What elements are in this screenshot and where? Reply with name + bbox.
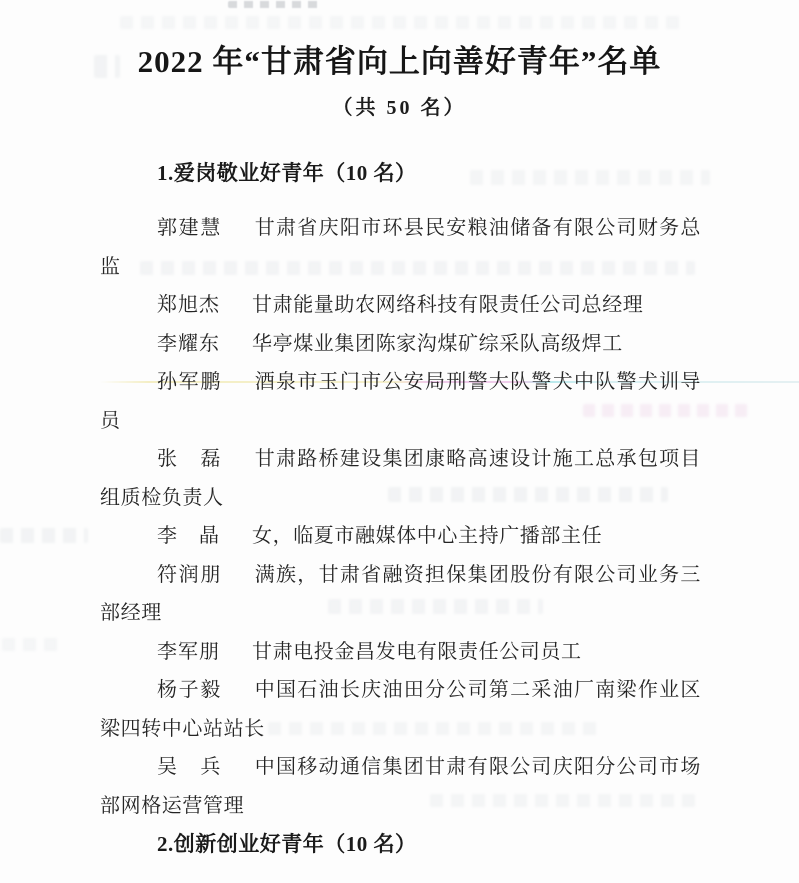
person-name: 李 晶 xyxy=(157,525,220,547)
entry-line: 吴 兵中国移动通信集团甘肃有限公司庆阳分公司市场 xyxy=(100,748,701,787)
entry-line-continuation: 组质检负责人 xyxy=(100,479,701,518)
person-name: 李军朋 xyxy=(157,641,220,663)
bleed-through-artifact xyxy=(2,638,62,651)
person-role: 中国移动通信集团甘肃有限公司庆阳分公司市场 xyxy=(254,756,701,778)
person-role: 中国石油长庆油田分公司第二采油厂南梁作业区 xyxy=(254,679,701,701)
entry-line-continuation: 监 xyxy=(100,248,701,287)
person-name: 符润朋 xyxy=(157,564,222,586)
entry-line: 张 磊甘肃路桥建设集团康略高速设计施工总承包项目 xyxy=(100,440,701,479)
entry-line: 孙军鹏酒泉市玉门市公安局刑警大队警犬中队警犬训导 xyxy=(100,363,701,402)
entry-line: 符润朋满族，甘肃省融资担保集团股份有限公司业务三 xyxy=(100,556,701,595)
person-name: 郑旭杰 xyxy=(157,294,220,316)
entry-line-continuation: 员 xyxy=(100,402,701,441)
entry-line: 李军朋甘肃电投金昌发电有限责任公司员工 xyxy=(100,633,701,672)
person-name: 孙军鹏 xyxy=(157,371,222,393)
person-role: 酒泉市玉门市公安局刑警大队警犬中队警犬训导 xyxy=(254,371,701,393)
entry-line: 杨子毅中国石油长庆油田分公司第二采油厂南梁作业区 xyxy=(100,671,701,710)
person-name: 李耀东 xyxy=(157,333,220,355)
person-name: 杨子毅 xyxy=(157,679,222,701)
person-name: 吴 兵 xyxy=(157,756,222,778)
section-heading: 1.爱岗敬业好青年（10 名） xyxy=(100,154,701,192)
person-role: 华亭煤业集团陈家沟煤矿综采队高级焊工 xyxy=(252,333,623,355)
scanned-document-page: 2022 年“甘肃省向上向善好青年”名单 （共 50 名） 1.爱岗敬业好青年（… xyxy=(0,0,799,883)
person-role: 甘肃电投金昌发电有限责任公司员工 xyxy=(252,641,582,663)
entry-line-continuation: 部经理 xyxy=(100,594,701,633)
entry-line-continuation: 梁四转中心站站长 xyxy=(100,710,701,749)
document-body: 1.爱岗敬业好青年（10 名）郭建慧甘肃省庆阳市环县民安粮油储备有限公司财务总监… xyxy=(100,140,701,880)
bleed-through-artifact xyxy=(228,1,324,8)
entry-line: 郭建慧甘肃省庆阳市环县民安粮油储备有限公司财务总 xyxy=(100,209,701,248)
bleed-through-artifact xyxy=(120,16,680,29)
person-role: 女，临夏市融媒体中心主持广播部主任 xyxy=(252,525,602,547)
person-role: 甘肃路桥建设集团康略高速设计施工总承包项目 xyxy=(254,448,701,470)
person-role: 甘肃能量助农网络科技有限责任公司总经理 xyxy=(252,294,643,316)
document-subtitle: （共 50 名） xyxy=(0,91,799,120)
entry-line-continuation: 部网格运营管理 xyxy=(100,787,701,826)
person-name: 张 磊 xyxy=(157,448,222,470)
person-name: 郭建慧 xyxy=(157,217,222,239)
section-heading: 2.创新创业好青年（10 名） xyxy=(100,825,701,863)
entry-line: 郑旭杰甘肃能量助农网络科技有限责任公司总经理 xyxy=(100,286,701,325)
person-role: 甘肃省庆阳市环县民安粮油储备有限公司财务总 xyxy=(254,217,701,239)
person-role: 满族，甘肃省融资担保集团股份有限公司业务三 xyxy=(254,564,701,586)
bleed-through-artifact xyxy=(0,528,88,543)
entry-line: 李 晶女，临夏市融媒体中心主持广播部主任 xyxy=(100,517,701,556)
document-title: 2022 年“甘肃省向上向善好青年”名单 xyxy=(0,42,799,82)
entry-line: 李耀东华亭煤业集团陈家沟煤矿综采队高级焊工 xyxy=(100,325,701,364)
